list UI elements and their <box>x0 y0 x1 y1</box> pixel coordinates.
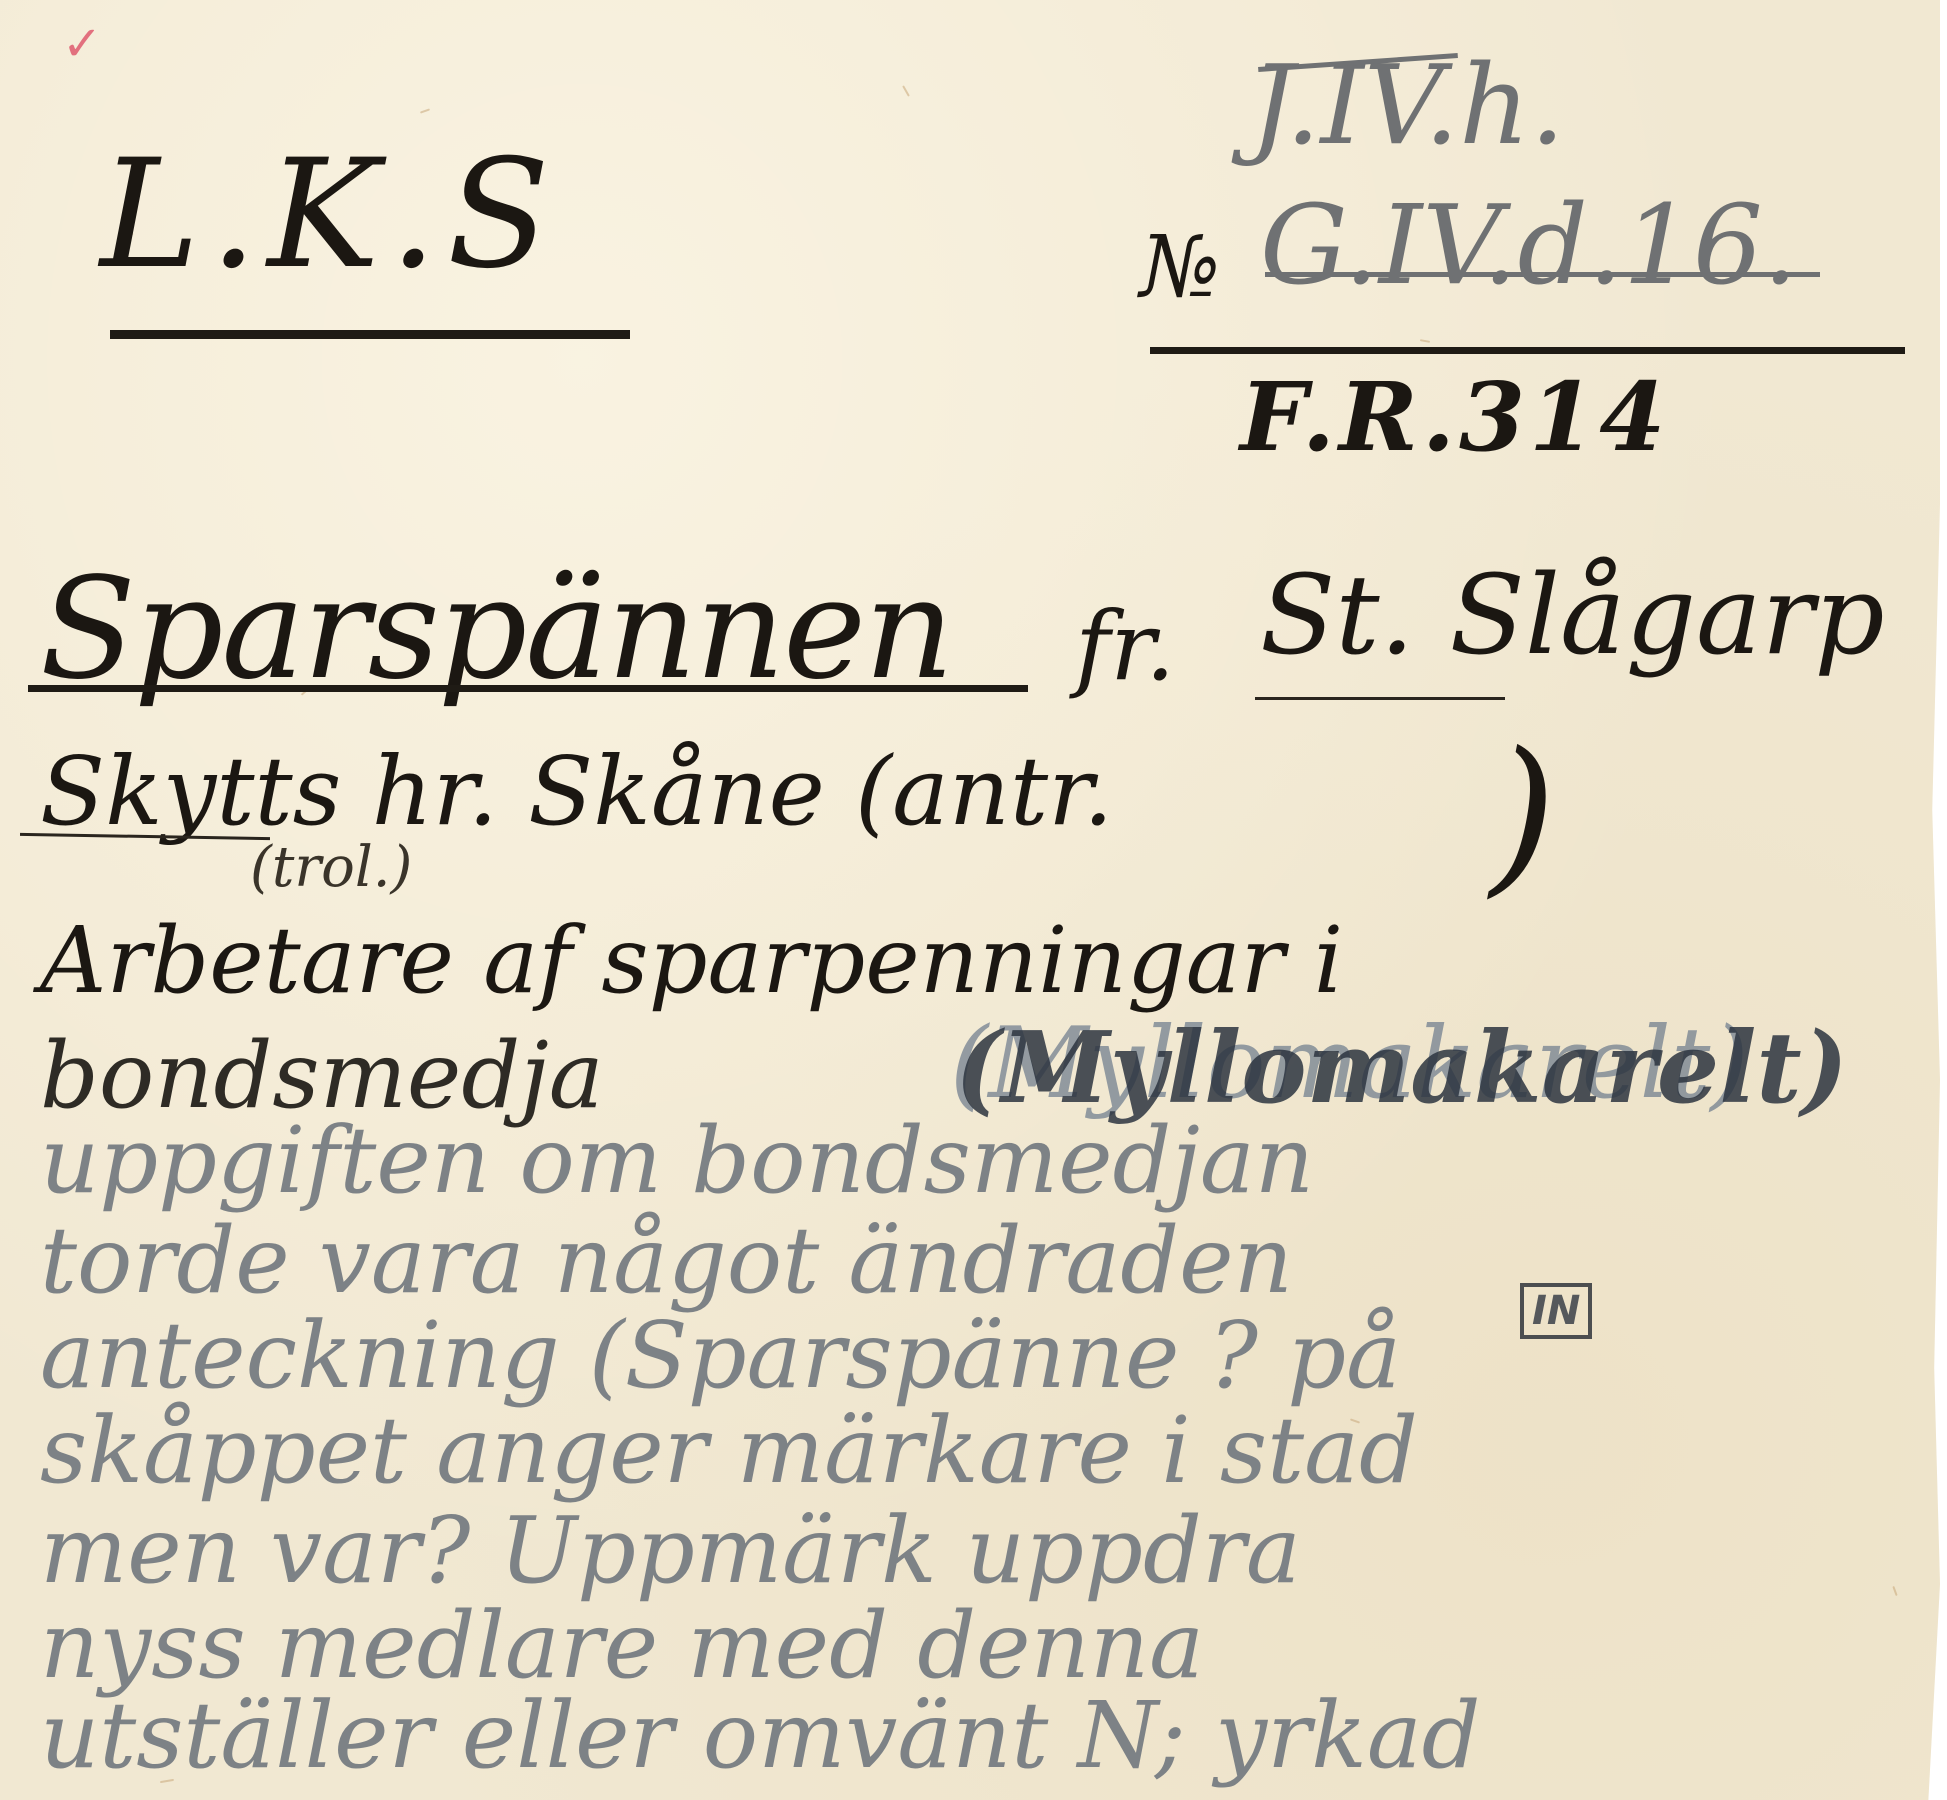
number-underline <box>1150 347 1905 354</box>
annotation-trol: (trol.) <box>250 840 412 896</box>
title-place: St. Slågarp <box>1260 560 1885 670</box>
document-paper: ✓ L.K.S J.IV.h. № G.IV.d.16. F.R.314 Spa… <box>0 0 1940 1800</box>
pencil-line-2: torde vara något ändraden <box>40 1215 1293 1307</box>
old-shelf-mark-struck: G.IV.d.16. <box>1260 190 1798 300</box>
paper-fiber <box>420 108 430 113</box>
title-from: fr. <box>1075 600 1175 695</box>
number-prefix: № <box>1140 225 1220 310</box>
shelf-mark-strike <box>1265 272 1820 277</box>
red-check-mark: ✓ <box>62 20 102 70</box>
pencil-line-1: uppgiften om bondsmedjan <box>40 1115 1314 1207</box>
body-line-1: Arbetare af sparpenningar i <box>40 915 1343 1007</box>
closing-paren: ) <box>1490 730 1556 900</box>
archive-initials: L.K.S <box>100 140 560 290</box>
record-number: F.R.314 <box>1240 370 1669 465</box>
paper-fiber <box>902 85 910 96</box>
paper-fiber <box>1892 1586 1897 1596</box>
title-main: Sparspännen <box>40 560 952 700</box>
pencil-line-4: skåppet anger märkare i stad <box>40 1405 1418 1497</box>
parish-line: Skytts hr. Skåne (antr. <box>40 745 1113 840</box>
place-underline <box>1255 697 1505 700</box>
initials-underline <box>110 330 630 339</box>
paper-fiber <box>1420 339 1430 343</box>
overwritten-word: (Myllomakarelt) <box>955 1020 1848 1118</box>
pencil-line-5: men var? Uppmärk uppdra <box>40 1505 1301 1597</box>
pencil-line-6: nyss medlare med denna <box>40 1600 1204 1692</box>
pencil-line-7: utställer eller omvänt N; yrkad <box>40 1690 1481 1782</box>
boxed-in-mark: IN <box>1520 1283 1592 1339</box>
pencil-line-3: anteckning (Sparspänne ? på <box>40 1310 1401 1402</box>
title-underline <box>28 685 1028 692</box>
